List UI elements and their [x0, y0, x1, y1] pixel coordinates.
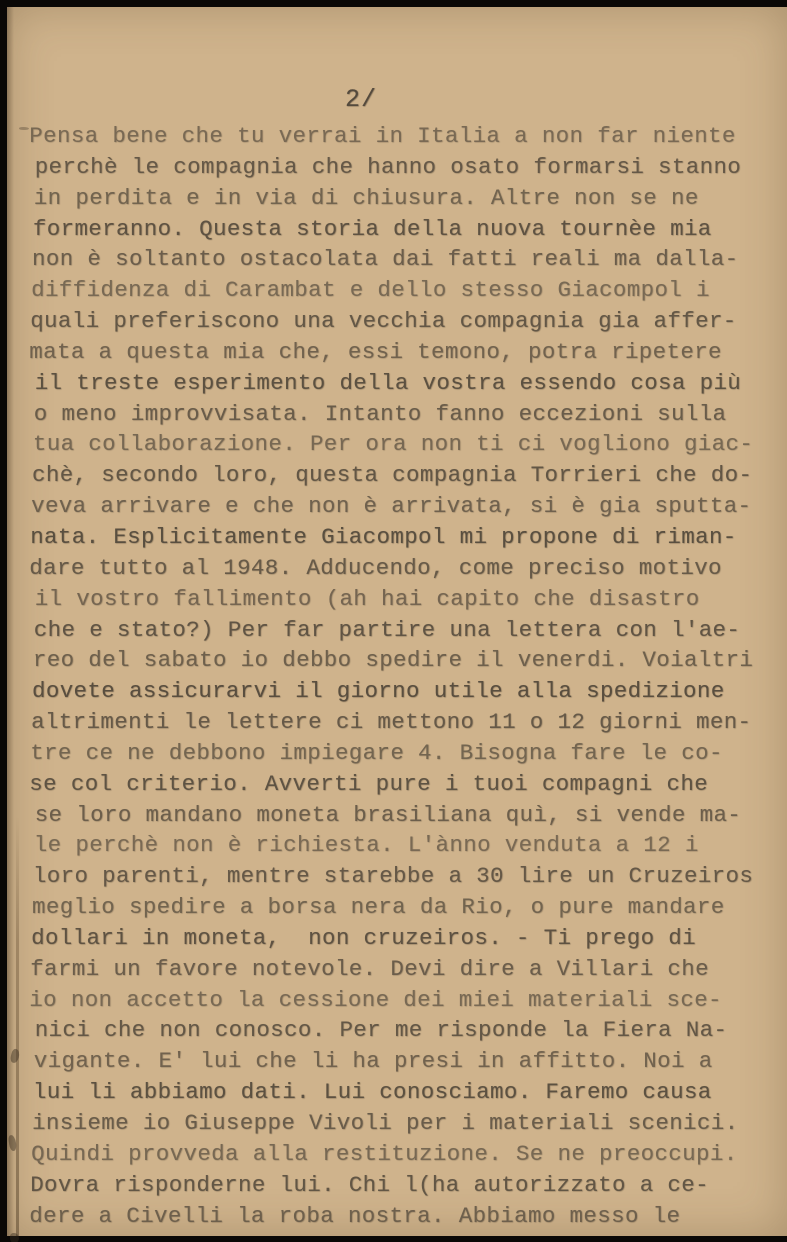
text-line: dere a Civelli la roba nostra. Abbiamo m… — [29, 1201, 779, 1232]
text-line: mata a questa mia che, essi temono, potr… — [29, 337, 779, 368]
text-line: dollari in moneta, non cruzeiros. - Ti p… — [31, 923, 781, 954]
text-line: il treste esperimento della vostra essen… — [35, 368, 785, 399]
text-line: meglio spedire a borsa nera da Rio, o pu… — [32, 892, 782, 923]
margin-mark — [10, 1233, 19, 1242]
text-line: se loro mandano moneta brasiliana quì, s… — [35, 800, 785, 831]
text-line: chè, secondo loro, questa compagnia Torr… — [32, 460, 782, 491]
text-line: in perdita e in via di chiusura. Altre n… — [34, 183, 784, 214]
text-line: le perchè non è richiesta. L'ànno vendut… — [34, 830, 784, 861]
photo-background: { "document": { "page_number": "2/", "li… — [0, 0, 787, 1242]
text-line: nici che non conosco. Per me risponde la… — [35, 1015, 785, 1046]
text-line: veva arrivare e che non è arrivata, si è… — [31, 491, 781, 522]
text-line: diffidenza di Carambat e dello stesso Gi… — [31, 275, 781, 306]
margin-mark — [8, 1135, 17, 1152]
text-line: nata. Esplicitamente Giacompol mi propon… — [30, 522, 780, 553]
text-line: tua collaborazione. Per ora non ti ci vo… — [33, 429, 783, 460]
text-line: Quindi provveda alla restituzione. Se ne… — [31, 1139, 781, 1170]
text-line: dovete assicurarvi il giorno utile alla … — [32, 676, 782, 707]
text-line: lui li abbiamo dati. Lui conosciamo. Far… — [33, 1077, 783, 1108]
text-line: Dovra risponderne lui. Chi l(ha autorizz… — [30, 1170, 780, 1201]
text-line: vigante. E' lui che li ha presi in affit… — [34, 1046, 784, 1077]
letter-body: Pensa bene che tu verrai in Italia a non… — [32, 121, 782, 1231]
text-line: perchè le compagnia che hanno osato form… — [35, 152, 785, 183]
text-line: farmi un favore notevole. Devi dire a Vi… — [30, 954, 780, 985]
text-line: non è soltanto ostacolata dai fatti real… — [32, 244, 782, 275]
margin-mark — [19, 127, 29, 130]
letter-page: 2/ Pensa bene che tu verrai in Italia a … — [7, 7, 787, 1236]
text-line: loro parenti, mentre starebbe a 30 lire … — [33, 861, 783, 892]
text-line: dare tutto al 1948. Adducendo, come prec… — [29, 553, 779, 584]
text-line: formeranno. Questa storia della nuova to… — [33, 214, 783, 245]
page-number: 2/ — [345, 85, 377, 114]
text-line: quali preferiscono una vecchia compagnia… — [30, 306, 780, 337]
text-line: altrimenti le lettere ci mettono 11 o 12… — [31, 707, 781, 738]
text-line: Pensa bene che tu verrai in Italia a non… — [29, 121, 779, 152]
text-line: che e stato?) Per far partire una letter… — [34, 615, 784, 646]
text-line: tre ce ne debbono impiegare 4. Bisogna f… — [30, 738, 780, 769]
text-line: insieme io Giuseppe Vivoli per i materia… — [32, 1108, 782, 1139]
text-line: o meno improvvisata. Intanto fanno eccez… — [34, 399, 784, 430]
margin-mark — [9, 1048, 20, 1064]
text-line: io non accetto la cessione dei miei mate… — [29, 985, 779, 1016]
text-line: se col criterio. Avverti pure i tuoi com… — [29, 769, 779, 800]
text-line: reo del sabato io debbo spedire il vener… — [33, 645, 783, 676]
text-line: il vostro fallimento (ah hai capito che … — [35, 584, 785, 615]
